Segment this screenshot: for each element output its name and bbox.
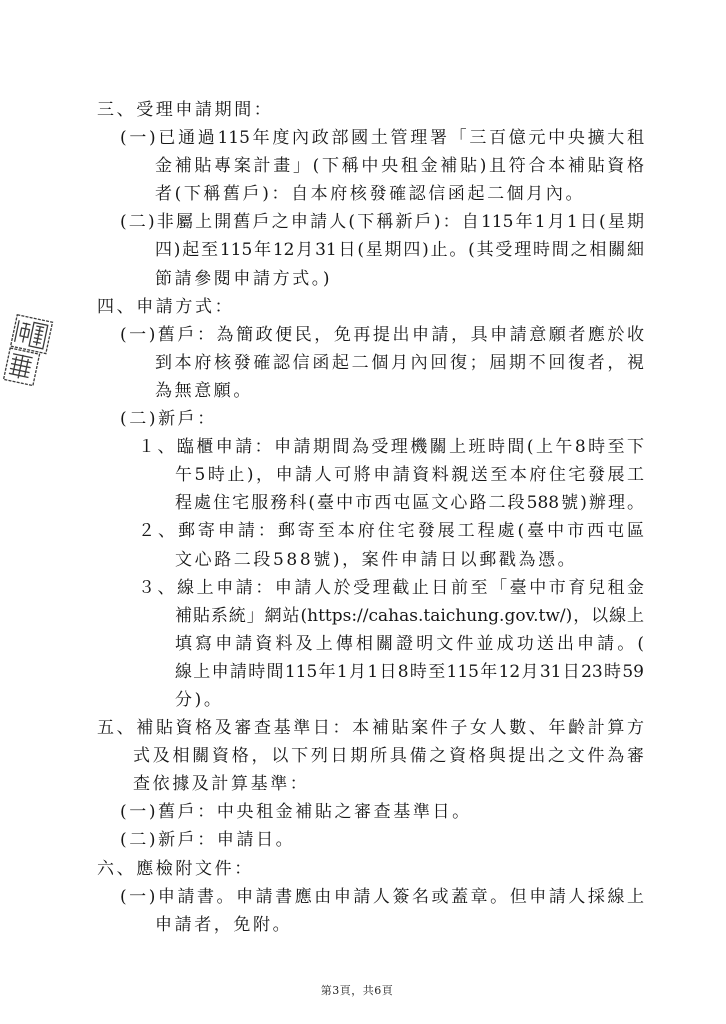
subitem-line: 分)。 bbox=[175, 686, 644, 714]
item-line: (二)非屬上開舊戶之申請人(下稱新戶)：自115年1月1日(星期 bbox=[120, 208, 644, 236]
list-item: (一)舊戶：為簡政便民，免再提出申請，具申請意願者應於收 到本府核發確認信函起二… bbox=[0, 321, 726, 405]
subitem-line: 程處住宅服務科(臺中市西屯區文心路二段588號)辦理。 bbox=[175, 489, 644, 517]
section-required-documents: 六、應檢附文件： (一)申請書。申請書應由申請人簽名或蓋章。但申請人採線上 申請… bbox=[0, 855, 726, 939]
section-heading: 四、申請方式： bbox=[97, 293, 644, 321]
list-item: (二)非屬上開舊戶之申請人(下稱新戶)：自115年1月1日(星期 四)起至115… bbox=[0, 208, 726, 292]
section-heading: 六、應檢附文件： bbox=[97, 855, 644, 883]
item-line: 者(下稱舊戶)：自本府核發確認信函起二個月內。 bbox=[155, 180, 644, 208]
section-heading: 查依據及計算基準： bbox=[133, 770, 644, 798]
section-heading: 五、補貼資格及審查基準日：本補貼案件子女人數、年齡計算方 bbox=[97, 714, 644, 742]
item-line: 金補貼專案計畫」(下稱中央租金補貼)且符合本補貼資格 bbox=[155, 152, 644, 180]
section-application-period: 三、受理申請期間： (一)已通過115年度內政部國土管理署「三百億元中央擴大租 … bbox=[0, 96, 726, 293]
subitem-line: ２、郵寄申請：郵寄至本府住宅發展工程處(臺中市西屯區 bbox=[138, 517, 644, 545]
item-line: (二)新戶： bbox=[120, 405, 644, 433]
item-line: 到本府核發確認信函起二個月內回復；屆期不回復者，視 bbox=[155, 349, 644, 377]
subitem-line: ３、線上申請：申請人於受理截止日前至「臺中市育兒租金 bbox=[138, 574, 644, 602]
document-page: 三、受理申請期間： (一)已通過115年度內政部國土管理署「三百億元中央擴大租 … bbox=[0, 0, 726, 1024]
subitem-line: １、臨櫃申請：申請期間為受理機關上班時間(上午8時至下 bbox=[138, 433, 644, 461]
section-application-method: 四、申請方式： (一)舊戶：為簡政便民，免再提出申請，具申請意願者應於收 到本府… bbox=[0, 293, 726, 714]
subitem-line: 文心路二段588號)，案件申請日以郵戳為憑。 bbox=[175, 546, 644, 574]
item-line: 四)起至115年12月31日(星期四)止。(其受理時間之相關細 bbox=[155, 236, 644, 264]
item-line: (一)舊戶：為簡政便民，免再提出申請，具申請意願者應於收 bbox=[120, 321, 644, 349]
item-line: 申請者，免附。 bbox=[155, 911, 644, 939]
item-line: 為無意願。 bbox=[155, 377, 644, 405]
section-heading: 三、受理申請期間： bbox=[97, 96, 644, 124]
item-line: (二)新戶：申請日。 bbox=[120, 826, 644, 854]
subitem-line-url: 補貼系統」網站(https://cahas.taichung.gov.tw/)，… bbox=[175, 602, 644, 630]
item-line: 節請參閱申請方式。) bbox=[155, 265, 644, 293]
subitem-line: 填寫申請資料及上傳相關證明文件並成功送出申請。( bbox=[175, 630, 644, 658]
item-line: (一)舊戶：中央租金補貼之審查基準日。 bbox=[120, 798, 644, 826]
section-heading: 式及相關資格，以下列日期所具備之資格與提出之文件為審 bbox=[133, 742, 644, 770]
subitem-line: 午5時止)，申請人可將申請資料親送至本府住宅發展工 bbox=[175, 461, 644, 489]
page-number: 第3頁，共6頁 bbox=[0, 982, 714, 998]
list-item: (一)申請書。申請書應由申請人簽名或蓋章。但申請人採線上 申請者，免附。 bbox=[0, 883, 726, 939]
list-item: (一)已通過115年度內政部國土管理署「三百億元中央擴大租 金補貼專案計畫」(下… bbox=[0, 124, 726, 208]
subitem-line: 線上申請時間115年1月1日8時至115年12月31日23時59 bbox=[175, 658, 644, 686]
list-item: (二)新戶： １、臨櫃申請：申請期間為受理機關上班時間(上午8時至下 午5時止)… bbox=[0, 405, 726, 714]
sub-item-counter: １、臨櫃申請：申請期間為受理機關上班時間(上午8時至下 午5時止)，申請人可將申… bbox=[0, 433, 726, 517]
sub-item-mail: ２、郵寄申請：郵寄至本府住宅發展工程處(臺中市西屯區 文心路二段588號)，案件… bbox=[0, 517, 726, 573]
sub-item-online: ３、線上申請：申請人於受理截止日前至「臺中市育兒租金 補貼系統」網站(https… bbox=[0, 574, 726, 714]
item-line: (一)已通過115年度內政部國土管理署「三百億元中央擴大租 bbox=[120, 124, 644, 152]
section-eligibility-baseline: 五、補貼資格及審查基準日：本補貼案件子女人數、年齡計算方 式及相關資格，以下列日… bbox=[0, 714, 726, 854]
document-body: 三、受理申請期間： (一)已通過115年度內政部國土管理署「三百億元中央擴大租 … bbox=[0, 96, 726, 939]
item-line: (一)申請書。申請書應由申請人簽名或蓋章。但申請人採線上 bbox=[120, 883, 644, 911]
